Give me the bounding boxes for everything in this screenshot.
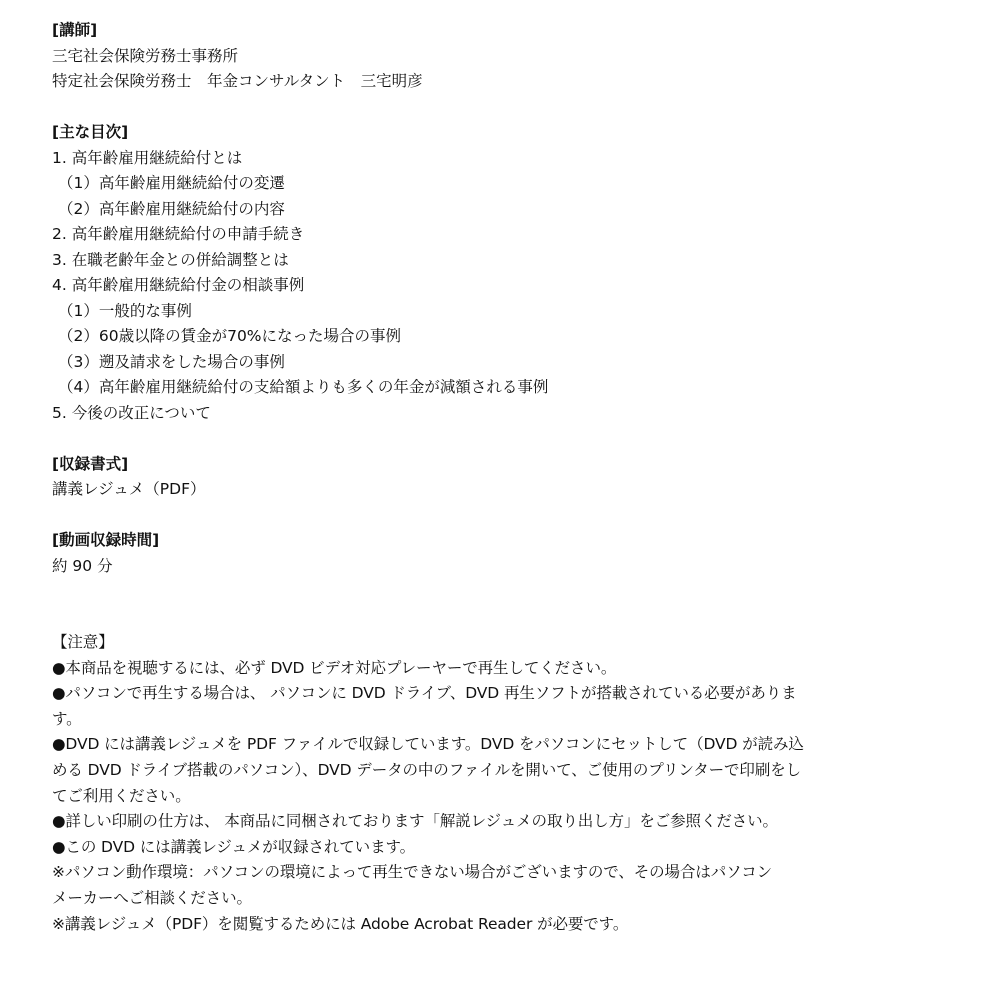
notice-line: ●本商品を視聴するには、必ず DVD ビデオ対応プレーヤーで再生してください。 xyxy=(52,656,982,682)
notice-line: ●詳しい印刷の仕方は、 本商品に同梱されております「解説レジュメの取り出し方」を… xyxy=(52,809,982,835)
toc-subitem: （1）一般的な事例 xyxy=(52,299,982,325)
toc-subitem: （3）遡及請求をした場合の事例 xyxy=(52,350,982,376)
notice-line: ●パソコンで再生する場合は、 パソコンに DVD ドライブ、DVD 再生ソフトが… xyxy=(52,681,982,707)
duration-heading: [動画収録時間] xyxy=(52,528,982,554)
document-page: [講師] 三宅社会保険労務士事務所 特定社会保険労務士 年金コンサルタント 三宅… xyxy=(52,18,982,937)
notice-line: す。 xyxy=(52,707,982,733)
toc-item: 1. 高年齢雇用継続給付とは xyxy=(52,146,982,172)
notice-heading: 【注意】 xyxy=(52,630,982,656)
toc-subitem: （2）60歳以降の賃金が70%になった場合の事例 xyxy=(52,324,982,350)
spacer xyxy=(52,95,982,121)
notice-line: メーカーへご相談ください。 xyxy=(52,886,982,912)
format-value: 講義レジュメ（PDF） xyxy=(52,477,982,503)
notice-section: 【注意】 ●本商品を視聴するには、必ず DVD ビデオ対応プレーヤーで再生してく… xyxy=(52,630,982,937)
instructor-title-name: 特定社会保険労務士 年金コンサルタント 三宅明彦 xyxy=(52,69,982,95)
notice-line: てご利用ください。 xyxy=(52,784,982,810)
instructor-heading: [講師] xyxy=(52,18,982,44)
notice-line: ※パソコン動作環境：パソコンの環境によって再生できない場合がございますので、その… xyxy=(52,860,982,886)
toc-subitem: （4）高年齢雇用継続給付の支給額よりも多くの年金が減額される事例 xyxy=(52,375,982,401)
spacer xyxy=(52,503,982,529)
toc-subitem: （1）高年齢雇用継続給付の変遷 xyxy=(52,171,982,197)
notice-line: ●この DVD には講義レジュメが収録されています。 xyxy=(52,835,982,861)
instructor-section: [講師] 三宅社会保険労務士事務所 特定社会保険労務士 年金コンサルタント 三宅… xyxy=(52,18,982,95)
toc-heading: [主な目次] xyxy=(52,120,982,146)
spacer xyxy=(52,426,982,452)
toc-item: 5. 今後の改正について xyxy=(52,401,982,427)
notice-line: ●DVD には講義レジュメを PDF ファイルで収録しています。DVD をパソコ… xyxy=(52,732,982,758)
format-heading: [収録書式] xyxy=(52,452,982,478)
instructor-office: 三宅社会保険労務士事務所 xyxy=(52,44,982,70)
toc-item: 3. 在職老齢年金との併給調整とは xyxy=(52,248,982,274)
notice-line: ※講義レジュメ（PDF）を閲覧するためには Adobe Acrobat Read… xyxy=(52,912,982,938)
duration-value: 約 90 分 xyxy=(52,554,982,580)
toc-item: 2. 高年齢雇用継続給付の申請手続き xyxy=(52,222,982,248)
spacer xyxy=(52,579,982,630)
toc-subitem: （2）高年齢雇用継続給付の内容 xyxy=(52,197,982,223)
duration-section: [動画収録時間] 約 90 分 xyxy=(52,528,982,579)
toc-item: 4. 高年齢雇用継続給付金の相談事例 xyxy=(52,273,982,299)
notice-line: める DVD ドライブ搭載のパソコン）、DVD データの中のファイルを開いて、ご… xyxy=(52,758,982,784)
format-section: [収録書式] 講義レジュメ（PDF） xyxy=(52,452,982,503)
toc-section: [主な目次] 1. 高年齢雇用継続給付とは （1）高年齢雇用継続給付の変遷 （2… xyxy=(52,120,982,426)
